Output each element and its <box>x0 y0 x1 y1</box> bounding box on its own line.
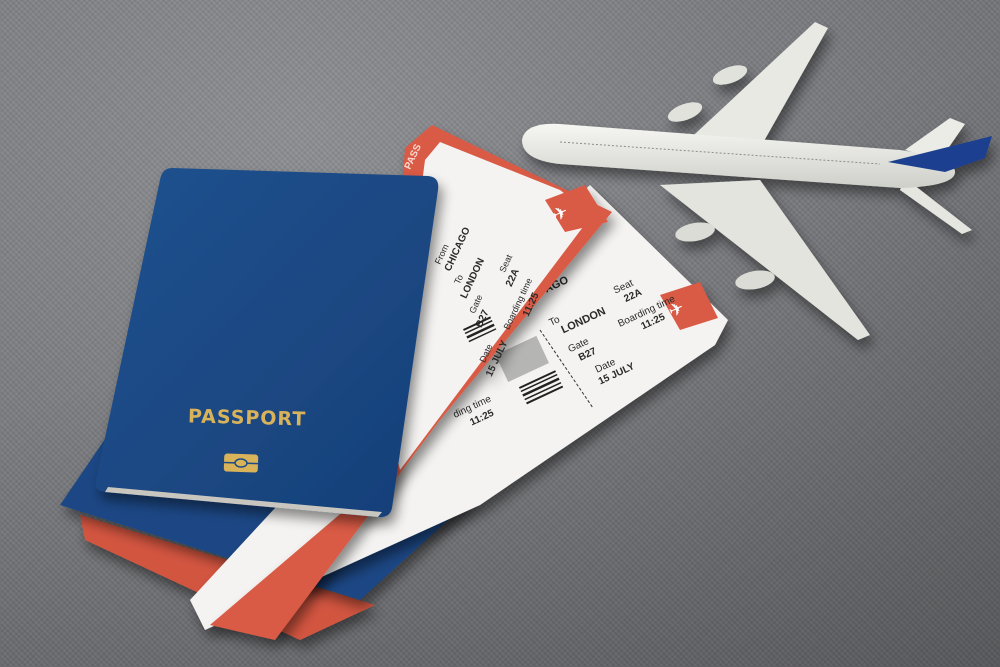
passport-title: PASSPORT <box>188 405 307 430</box>
biometric-chip-icon <box>224 453 259 472</box>
photo-scene: ✈ AGO To LONDON Seat 22A Gate B27 Boardi… <box>0 0 1000 667</box>
passport-front: PASSPORT <box>96 168 439 517</box>
